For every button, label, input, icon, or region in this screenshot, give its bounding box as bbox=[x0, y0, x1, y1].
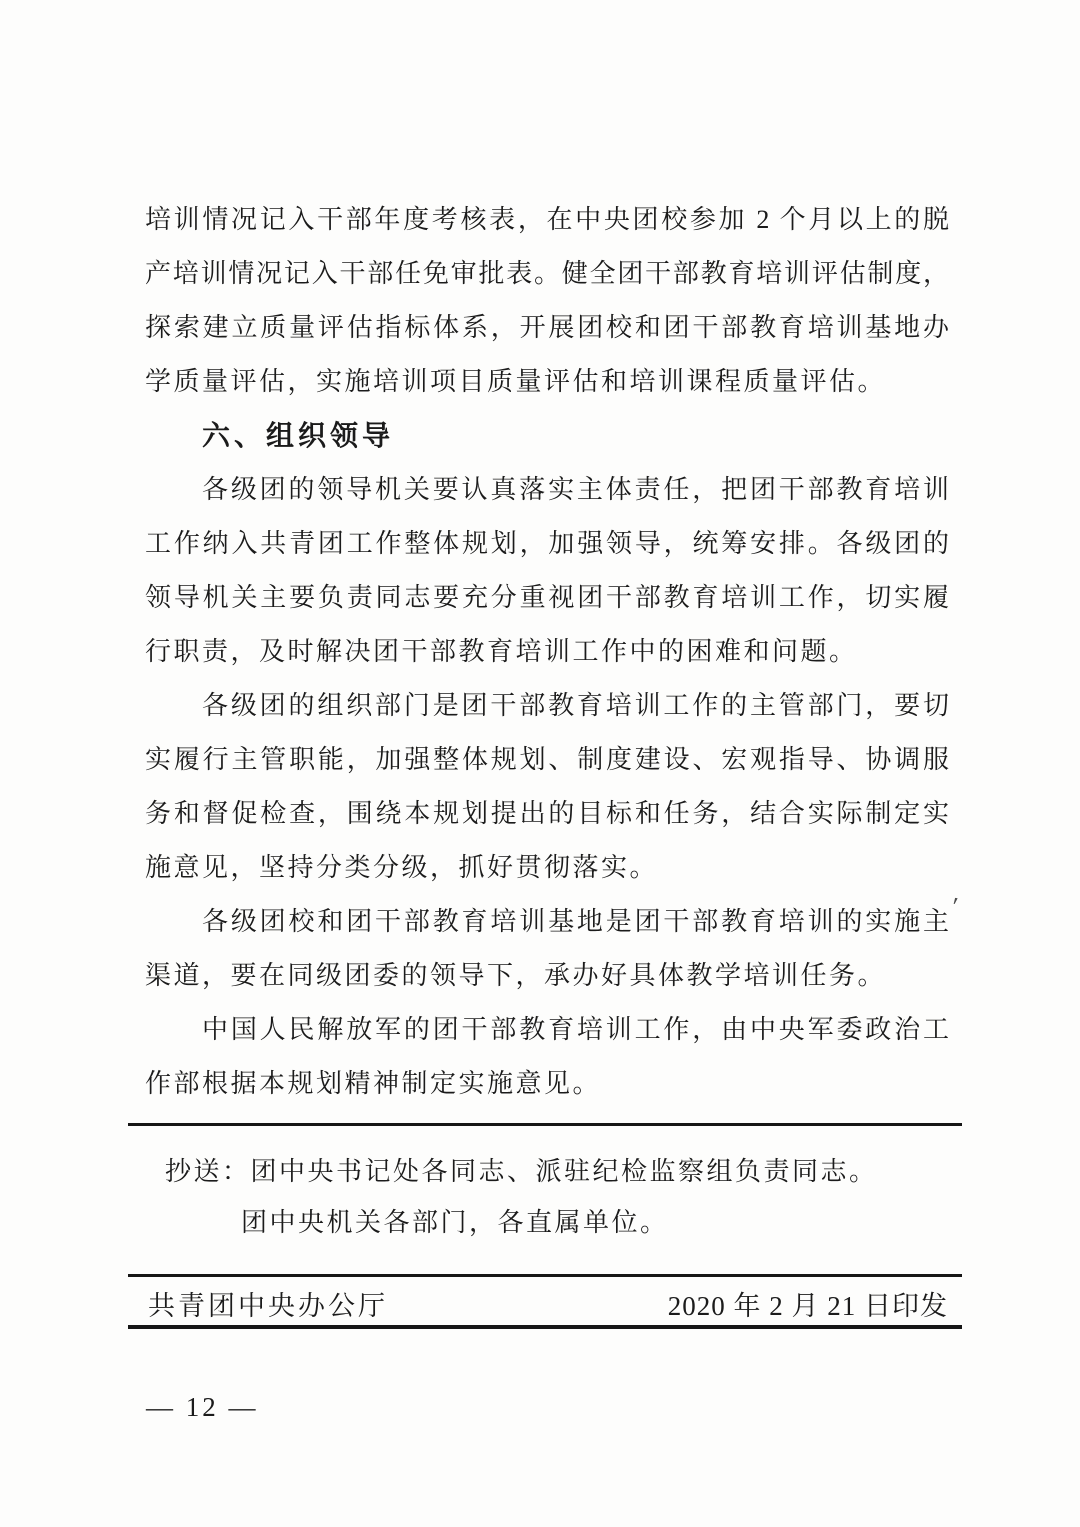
body-line: 行职责，及时解决团干部教育培训工作中的困难和问题。 bbox=[145, 625, 950, 679]
body-line: 中国人民解放军的团干部教育培训工作，由中央军委政治工 bbox=[145, 1003, 950, 1057]
body-line: 培训情况记入干部年度考核表，在中央团校参加 2 个月以上的脱 bbox=[145, 193, 950, 247]
body-line: 渠道，要在同级团委的领导下，承办好具体教学培训任务。 bbox=[145, 949, 950, 1003]
cc-block-bottom-rule bbox=[128, 1274, 962, 1277]
body-line: 学质量评估，实施培训项目质量评估和培训课程质量评估。 bbox=[145, 355, 950, 409]
body-line: 工作纳入共青团工作整体规划，加强领导，统筹安排。各级团的 bbox=[145, 517, 950, 571]
body-line: 施意见，坚持分类分级，抓好贯彻落实。 bbox=[145, 841, 950, 895]
print-date: 2020 年 2 月 21 日印发 bbox=[668, 1284, 948, 1323]
colophon-bottom-rule bbox=[128, 1325, 962, 1329]
body-line: 实履行主管职能，加强整体规划、制度建设、宏观指导、协调服 bbox=[145, 733, 950, 787]
cc-block: 抄送：团中央书记处各同志、派驻纪检监察组负责同志。 团中央机关各部门，各直属单位… bbox=[165, 1146, 955, 1248]
body-line: 各级团的组织部门是团干部教育培训工作的主管部门，要切 bbox=[145, 679, 950, 733]
cc-line: 团中央机关各部门，各直属单位。 bbox=[165, 1197, 955, 1248]
page-number: — 12 — bbox=[146, 1392, 259, 1423]
cc-line: 抄送：团中央书记处各同志、派驻纪检监察组负责同志。 bbox=[165, 1146, 955, 1197]
body-line: 作部根据本规划精神制定实施意见。 bbox=[145, 1057, 950, 1111]
document-body: 培训情况记入干部年度考核表，在中央团校参加 2 个月以上的脱 产培训情况记入干部… bbox=[145, 193, 950, 1111]
body-line: 各级团校和团干部教育培训基地是团干部教育培训的实施主 bbox=[145, 895, 950, 949]
section-heading: 六、组织领导 bbox=[145, 409, 950, 463]
handwritten-tick-mark: ′ bbox=[950, 892, 960, 922]
colophon-row: 共青团中央办公厅 2020 年 2 月 21 日印发 bbox=[148, 1283, 948, 1323]
body-line: 产培训情况记入干部任免审批表。健全团干部教育培训评估制度， bbox=[145, 247, 950, 301]
body-line: 各级团的领导机关要认真落实主体责任，把团干部教育培训 bbox=[145, 463, 950, 517]
body-line: 领导机关主要负责同志要充分重视团干部教育培训工作，切实履 bbox=[145, 571, 950, 625]
issuing-office: 共青团中央办公厅 bbox=[148, 1284, 388, 1323]
body-line: 探索建立质量评估指标体系，开展团校和团干部教育培训基地办 bbox=[145, 301, 950, 355]
document-page: 培训情况记入干部年度考核表，在中央团校参加 2 个月以上的脱 产培训情况记入干部… bbox=[0, 0, 1080, 1527]
body-line: 务和督促检查，围绕本规划提出的目标和任务，结合实际制定实 bbox=[145, 787, 950, 841]
cc-block-top-rule bbox=[128, 1123, 962, 1126]
